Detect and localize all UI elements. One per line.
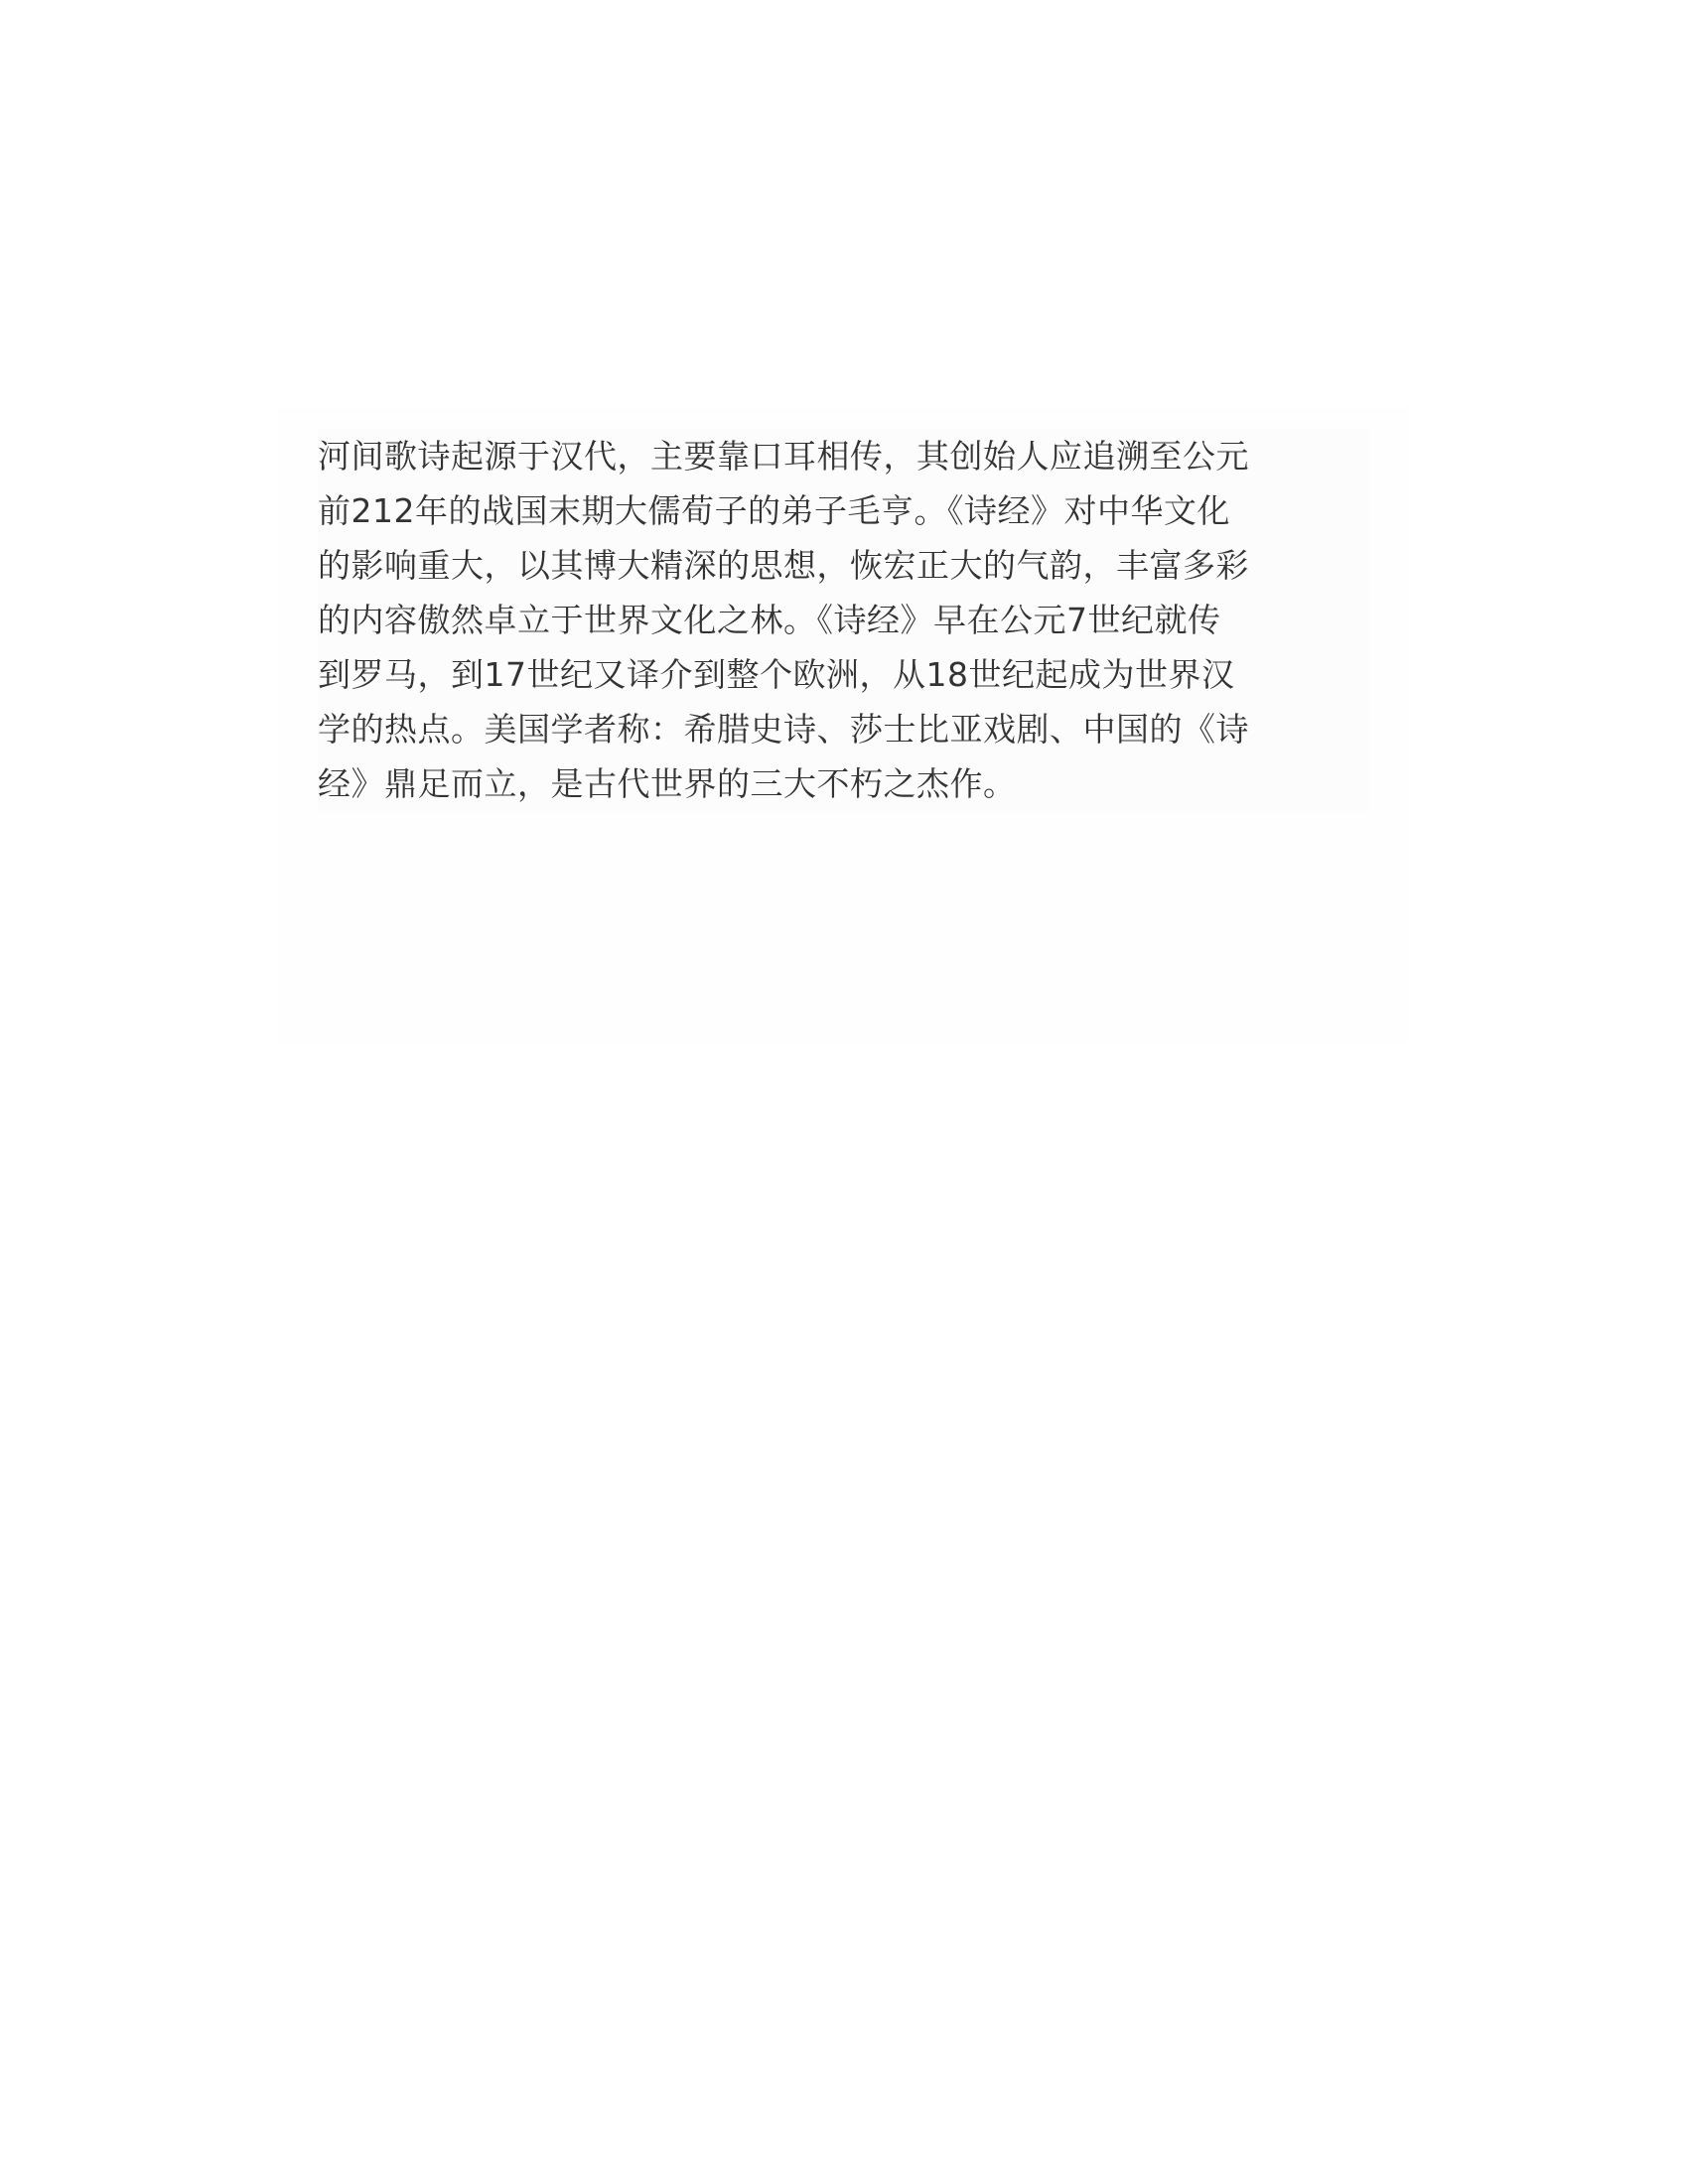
paragraph-text-block: 河间歌诗起源于汉代，主要靠口耳相传，其创始人应追溯至公元 前212年的战国末期大…: [318, 429, 1370, 811]
paragraph-line: 学的热点。美国学者称：希腊史诗、莎士比亚戏剧、中国的《诗: [318, 702, 1370, 756]
paragraph-line: 到罗马，到17世纪又译介到整个欧洲，从18世纪起成为世界汉: [318, 647, 1370, 702]
paragraph-line: 的影响重大，以其博大精深的思想，恢宏正大的气韵，丰富多彩: [318, 538, 1370, 593]
paragraph-line: 前212年的战国末期大儒荀子的弟子毛亨。《诗经》对中华文化: [318, 483, 1370, 538]
paragraph-line: 的内容傲然卓立于世界文化之林。《诗经》早在公元7世纪就传: [318, 593, 1370, 647]
paragraph-line: 河间歌诗起源于汉代，主要靠口耳相传，其创始人应追溯至公元: [318, 429, 1370, 483]
paragraph-line: 经》鼎足而立，是古代世界的三大不朽之杰作。: [318, 756, 1370, 811]
